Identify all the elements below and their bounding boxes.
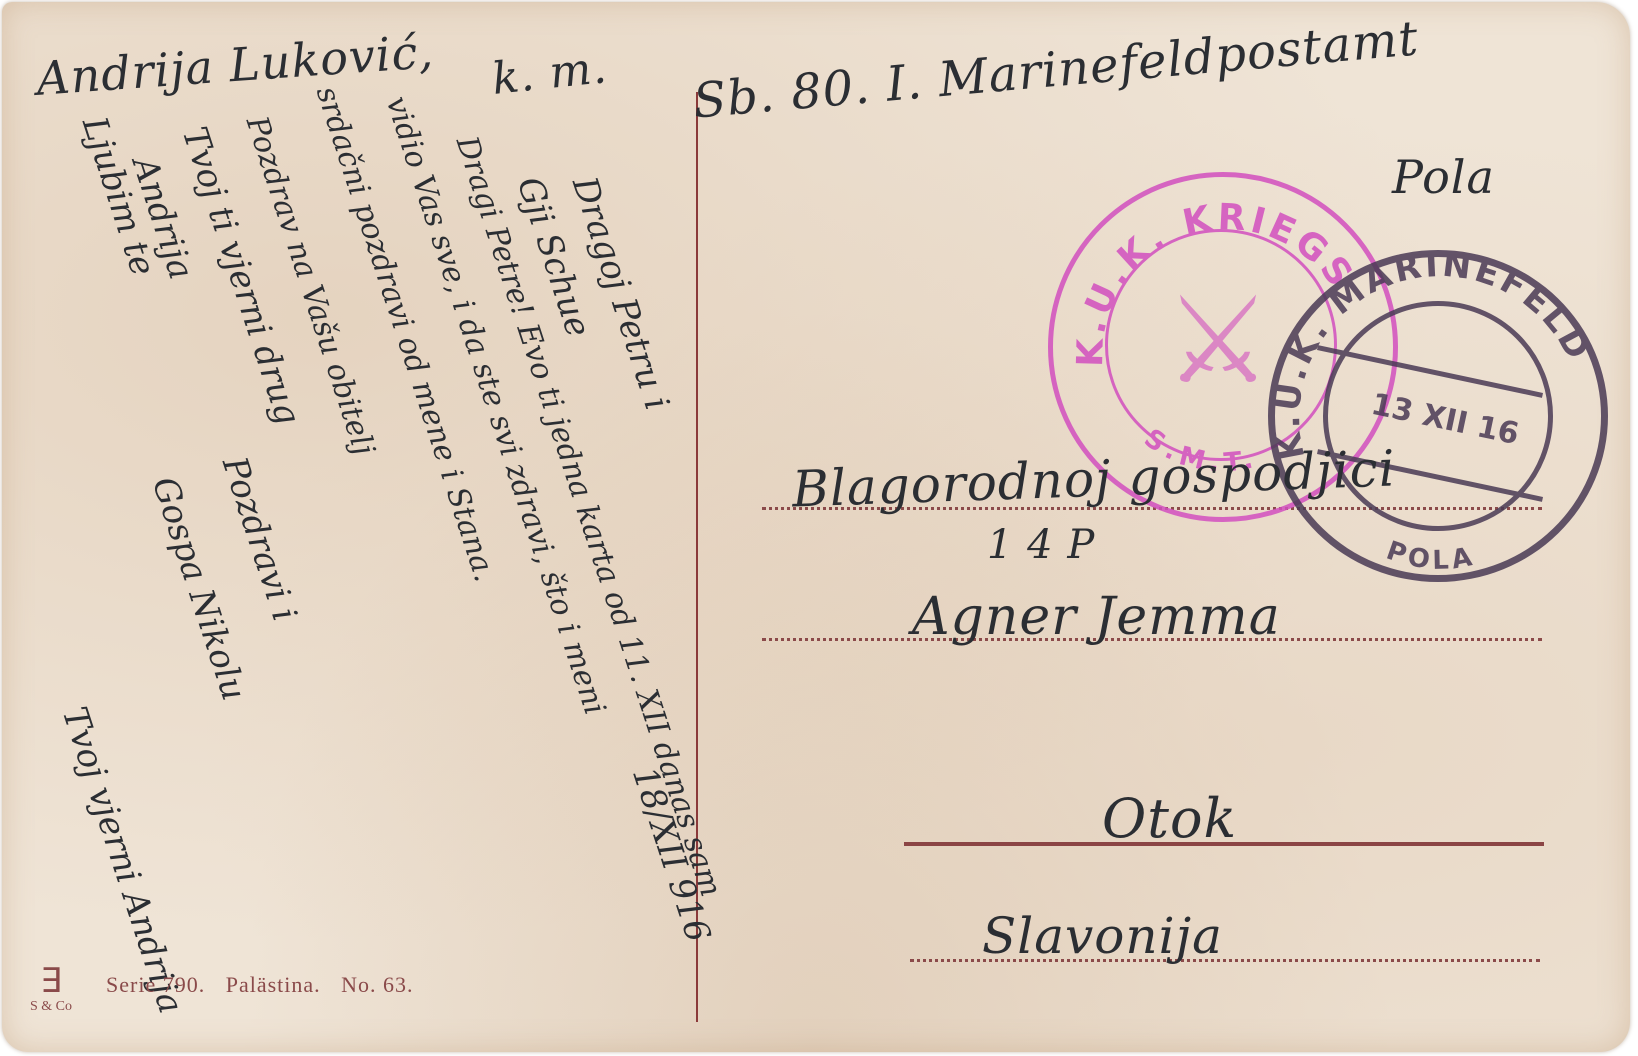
message-line-10: Pozdravi i bbox=[214, 452, 305, 626]
sender-unit: Sb. 80. I. Marinefeldpostamt bbox=[691, 10, 1421, 129]
sender-name: Andrija Luković, bbox=[35, 24, 436, 106]
address-name: Agner Jemma bbox=[912, 587, 1281, 647]
message-line-12: Tvoj vjerni Andrija bbox=[54, 702, 191, 1018]
address-town: Otok bbox=[1102, 787, 1237, 850]
imprint-series: Serie 790. bbox=[106, 972, 205, 997]
sender-rank: k. m. bbox=[490, 42, 610, 105]
imprint-title: Palästina. bbox=[226, 972, 321, 997]
address-ink-marks: 1 4 P bbox=[987, 522, 1095, 568]
marinefeldpost-postmark: K.U.K. MARINEFELDPOST POLA 13 XII 16 bbox=[1268, 250, 1608, 582]
postcard: Andrija Luković, k. m. Sb. 80. I. Marine… bbox=[2, 2, 1630, 1052]
publisher-logo-icon: ∃ S & Co bbox=[28, 964, 74, 1022]
sender-place: Pola bbox=[1392, 150, 1495, 204]
svg-text:POLA: POLA bbox=[1383, 536, 1479, 575]
address-region: Slavonija bbox=[982, 907, 1223, 965]
imprint-number: No. 63. bbox=[341, 972, 413, 997]
publisher-imprint: Serie 790. Palästina. No. 63. bbox=[106, 972, 428, 998]
